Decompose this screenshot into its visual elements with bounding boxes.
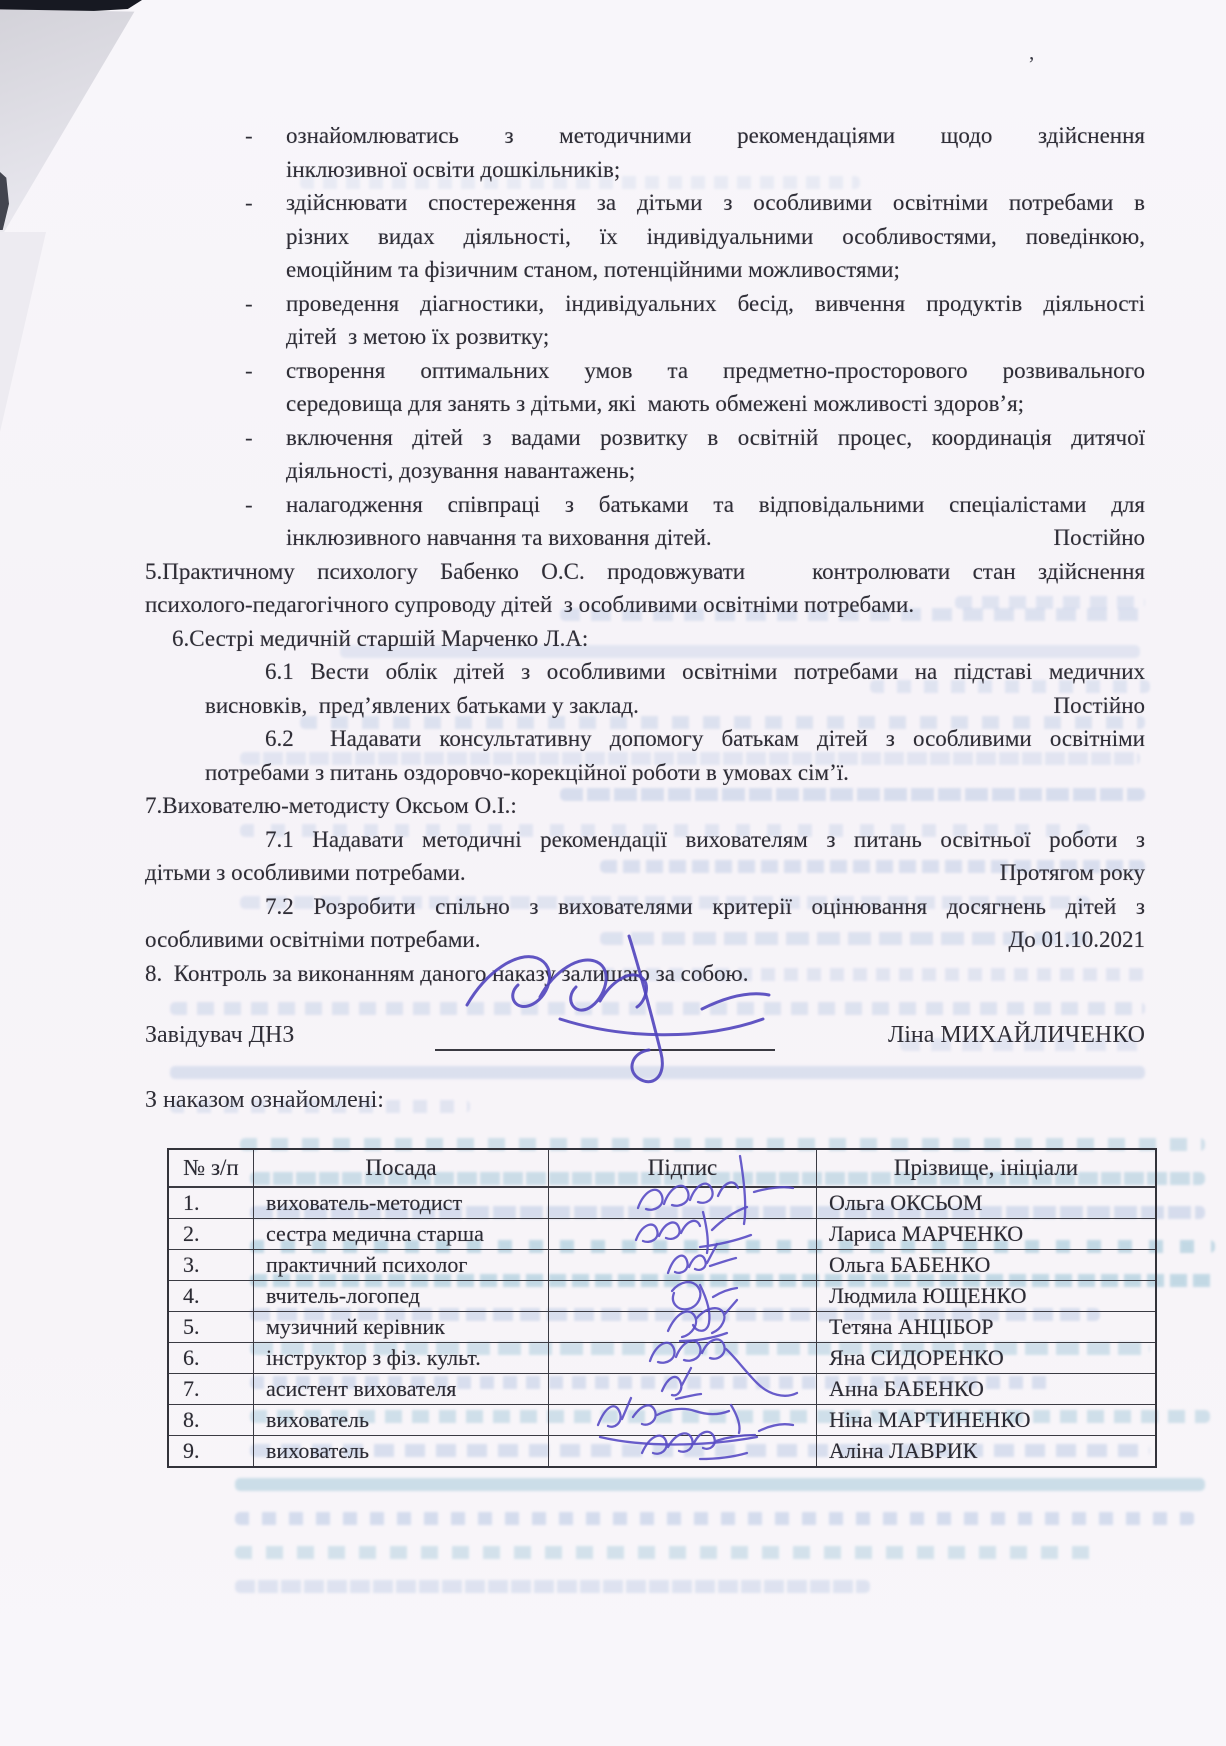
document-line: середовища для занять з дітьми, які мают… xyxy=(286,387,1145,421)
table-header-cell: Прізвище, ініціали xyxy=(817,1150,1155,1188)
document-line: висновків, пред’явлених батьками у закла… xyxy=(205,689,1145,723)
document-line: проведення діагностики, індивідуальних б… xyxy=(286,287,1145,321)
document-line: налагодження співпраці з батьками та від… xyxy=(286,488,1145,522)
table-cell: 6. xyxy=(169,1343,254,1374)
table-signature-cell xyxy=(549,1250,817,1281)
document-line: ознайомлюватись з методичними рекомендац… xyxy=(286,119,1145,153)
table-cell: 1. xyxy=(169,1188,254,1219)
bullet-dash: - xyxy=(245,119,265,153)
table-cell: вихователь xyxy=(254,1405,549,1436)
table-cell: Лариса МАРЧЕНКО xyxy=(817,1219,1155,1250)
bleed-through-line xyxy=(235,1580,870,1593)
document-line: 7.1 Надавати методичні рекомендації вихо… xyxy=(265,823,1145,857)
table-cell: інструктор з фіз. культ. xyxy=(254,1343,549,1374)
page-corner-fold-shadow xyxy=(0,7,140,239)
document-line: інклюзивного навчання та виховання дітей… xyxy=(286,521,1145,555)
document-line: здійснювати спостереження за дітьми з ос… xyxy=(286,186,1145,220)
table-cell: 5. xyxy=(169,1312,254,1343)
bullet-dash: - xyxy=(245,287,265,321)
document-line: 8. Контроль за виконанням даного наказу … xyxy=(145,957,1145,991)
stray-apostrophe-mark: ’ xyxy=(1028,52,1035,77)
table-cell: 3. xyxy=(169,1250,254,1281)
table-signature-cell xyxy=(549,1312,817,1343)
document-line: діяльності, дозування навантажень; xyxy=(286,454,1145,488)
document-line: особливими освітніми потребами. xyxy=(145,923,1145,957)
bleed-through-line xyxy=(235,1478,1205,1491)
document-line: емоційним та фізичним станом, потенційни… xyxy=(286,253,1145,287)
table-cell: асистент вихователя xyxy=(254,1374,549,1405)
document-line: 6.Сестрі медичній старшій Марченко Л.А: xyxy=(172,622,1145,656)
table-signature-cell xyxy=(549,1436,817,1466)
table-cell: 8. xyxy=(169,1405,254,1436)
table-cell: Людмила ЮЩЕНКО xyxy=(817,1281,1155,1312)
bullet-dash: - xyxy=(245,488,265,522)
table-cell: 4. xyxy=(169,1281,254,1312)
bleed-through-line xyxy=(170,1066,1145,1079)
bleed-through-line xyxy=(235,1546,1100,1559)
scanned-document-page: ’ -ознайомлюватись з методичними рекомен… xyxy=(0,0,1226,1746)
document-line: 7.Вихователю-методисту Оксьом О.І.: xyxy=(145,789,1145,823)
document-line: психолого-педагогічного супроводу дітей … xyxy=(145,588,1145,622)
table-cell: Ольга БАБЕНКО xyxy=(817,1250,1155,1281)
acknowledgement-heading: З наказом ознайомлені: xyxy=(145,1087,384,1114)
deadline-label: До 01.10.2021 xyxy=(1009,923,1145,957)
bleed-through-line xyxy=(235,1512,1195,1525)
table-cell: практичний психолог xyxy=(254,1250,549,1281)
table-cell: сестра медична старша xyxy=(254,1219,549,1250)
table-cell: музичний керівник xyxy=(254,1312,549,1343)
bullet-dash: - xyxy=(245,421,265,455)
deadline-label: Постійно xyxy=(1054,521,1145,555)
document-line: дітьми з особливими потребами. xyxy=(145,856,1145,890)
table-signature-cell xyxy=(549,1281,817,1312)
document-line: різних видах діяльності, їх індивідуальн… xyxy=(286,220,1145,254)
deadline-label: Протягом року xyxy=(1000,856,1145,890)
table-cell: Анна БАБЕНКО xyxy=(817,1374,1155,1405)
document-line: 7.2 Розробити спільно з вихователями кри… xyxy=(265,890,1145,924)
table-cell: Ніна МАРТИНЕНКО xyxy=(817,1405,1155,1436)
document-line: 6.1 Вести облік дітей з особливими освіт… xyxy=(265,655,1145,689)
document-line: 5.Практичному психологу Бабенко О.С. про… xyxy=(145,555,1145,589)
bullet-dash: - xyxy=(245,354,265,388)
table-cell: вихователь xyxy=(254,1436,549,1466)
bullet-dash: - xyxy=(245,186,265,220)
deadline-label: Постійно xyxy=(1054,689,1145,723)
table-signature-cell xyxy=(549,1219,817,1250)
table-cell: вчитель-логопед xyxy=(254,1281,549,1312)
table-cell: 7. xyxy=(169,1374,254,1405)
table-cell: Аліна ЛАВРИК xyxy=(817,1436,1155,1466)
acknowledgement-table: № з/пПосадаПідписПрізвище, ініціали1.вих… xyxy=(167,1148,1157,1468)
document-line: створення оптимальних умов та предметно-… xyxy=(286,354,1145,388)
signatory-role-label: Завідувач ДНЗ xyxy=(145,1022,294,1049)
table-signature-cell xyxy=(549,1188,817,1219)
page-corner-fold-shadow-light xyxy=(0,232,46,432)
table-signature-cell xyxy=(549,1343,817,1374)
signatory-name: Ліна МИХАЙЛИЧЕНКО xyxy=(888,1022,1145,1049)
table-header-cell: Посада xyxy=(254,1150,549,1188)
document-line: включення дітей з вадами розвитку в осві… xyxy=(286,421,1145,455)
signature-underline xyxy=(435,1049,775,1051)
table-signature-cell xyxy=(549,1374,817,1405)
table-header-cell: Підпис xyxy=(549,1150,817,1188)
table-cell: 2. xyxy=(169,1219,254,1250)
table-signature-cell xyxy=(549,1405,817,1436)
table-cell: Яна СИДОРЕНКО xyxy=(817,1343,1155,1374)
table-cell: 9. xyxy=(169,1436,254,1466)
document-line: потребами з питань оздоровчо-корекційної… xyxy=(205,756,1145,790)
document-line: 6.2 Надавати консультативну допомогу бат… xyxy=(265,722,1145,756)
document-line: дітей з метою їх розвитку; xyxy=(286,320,1145,354)
document-line: інклюзивної освіти дошкільників; xyxy=(286,153,1145,187)
table-cell: вихователь-методист xyxy=(254,1188,549,1219)
table-cell: Ольга ОКСЬОМ xyxy=(817,1188,1155,1219)
table-cell: Тетяна АНЦІБОР xyxy=(817,1312,1155,1343)
bleed-through-line xyxy=(170,1002,1145,1015)
table-header-cell: № з/п xyxy=(169,1150,254,1188)
